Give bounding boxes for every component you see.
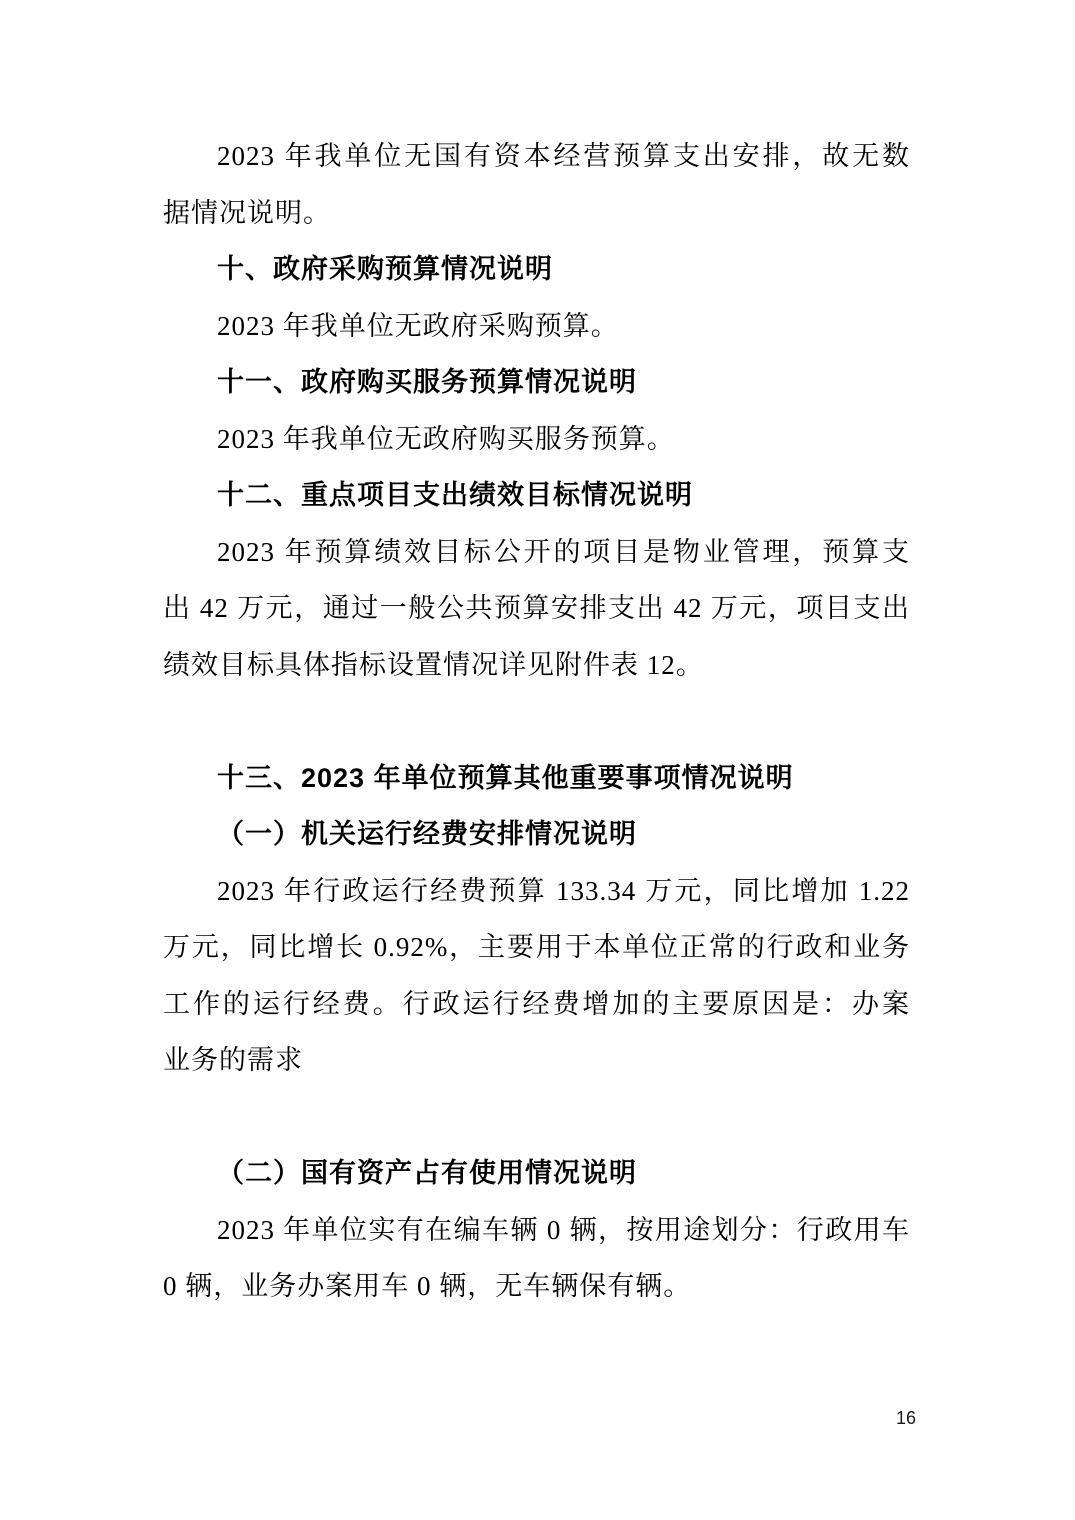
section-heading: 十二、重点项目支出绩效目标情况说明 [163,467,910,524]
blank-line [163,693,910,750]
section-heading: 十、政府采购预算情况说明 [163,241,910,298]
body-text-line: 2023 年单位实有在编车辆 0 辆，按用途划分：行政用车 [163,1202,910,1259]
body-text-line: 工作的运行经费。行政运行经费增加的主要原因是：办案 [163,976,910,1033]
body-text-line: 2023 年行政运行经费预算 133.34 万元，同比增加 1.22 [163,863,910,920]
body-text-line: 万元，同比增长 0.92%，主要用于本单位正常的行政和业务 [163,919,910,976]
document-page: 2023 年我单位无国有资本经营预算支出安排，故无数据情况说明。十、政府采购预算… [0,0,1075,1520]
page-number: 16 [896,1407,916,1429]
body-text-line: 业务的需求 [163,1032,910,1089]
page-body: 2023 年我单位无国有资本经营预算支出安排，故无数据情况说明。十、政府采购预算… [163,128,910,1315]
body-text-line: 据情况说明。 [163,185,910,242]
section-heading: （二）国有资产占有使用情况说明 [163,1145,910,1202]
section-heading: （一）机关运行经费安排情况说明 [163,806,910,863]
body-text-line: 出 42 万元，通过一般公共预算安排支出 42 万元，项目支出 [163,580,910,637]
section-heading: 十一、政府购买服务预算情况说明 [163,354,910,411]
body-text-line: 0 辆，业务办案用车 0 辆，无车辆保有辆。 [163,1258,910,1315]
section-heading: 十三、2023 年单位预算其他重要事项情况说明 [163,750,910,807]
body-text-line: 2023 年我单位无政府购买服务预算。 [163,411,910,468]
body-text-line: 2023 年我单位无国有资本经营预算支出安排，故无数 [163,128,910,185]
body-text-line: 绩效目标具体指标设置情况详见附件表 12。 [163,637,910,694]
body-text-line: 2023 年预算绩效目标公开的项目是物业管理，预算支 [163,524,910,581]
body-text-line: 2023 年我单位无政府采购预算。 [163,298,910,355]
blank-line [163,1089,910,1146]
